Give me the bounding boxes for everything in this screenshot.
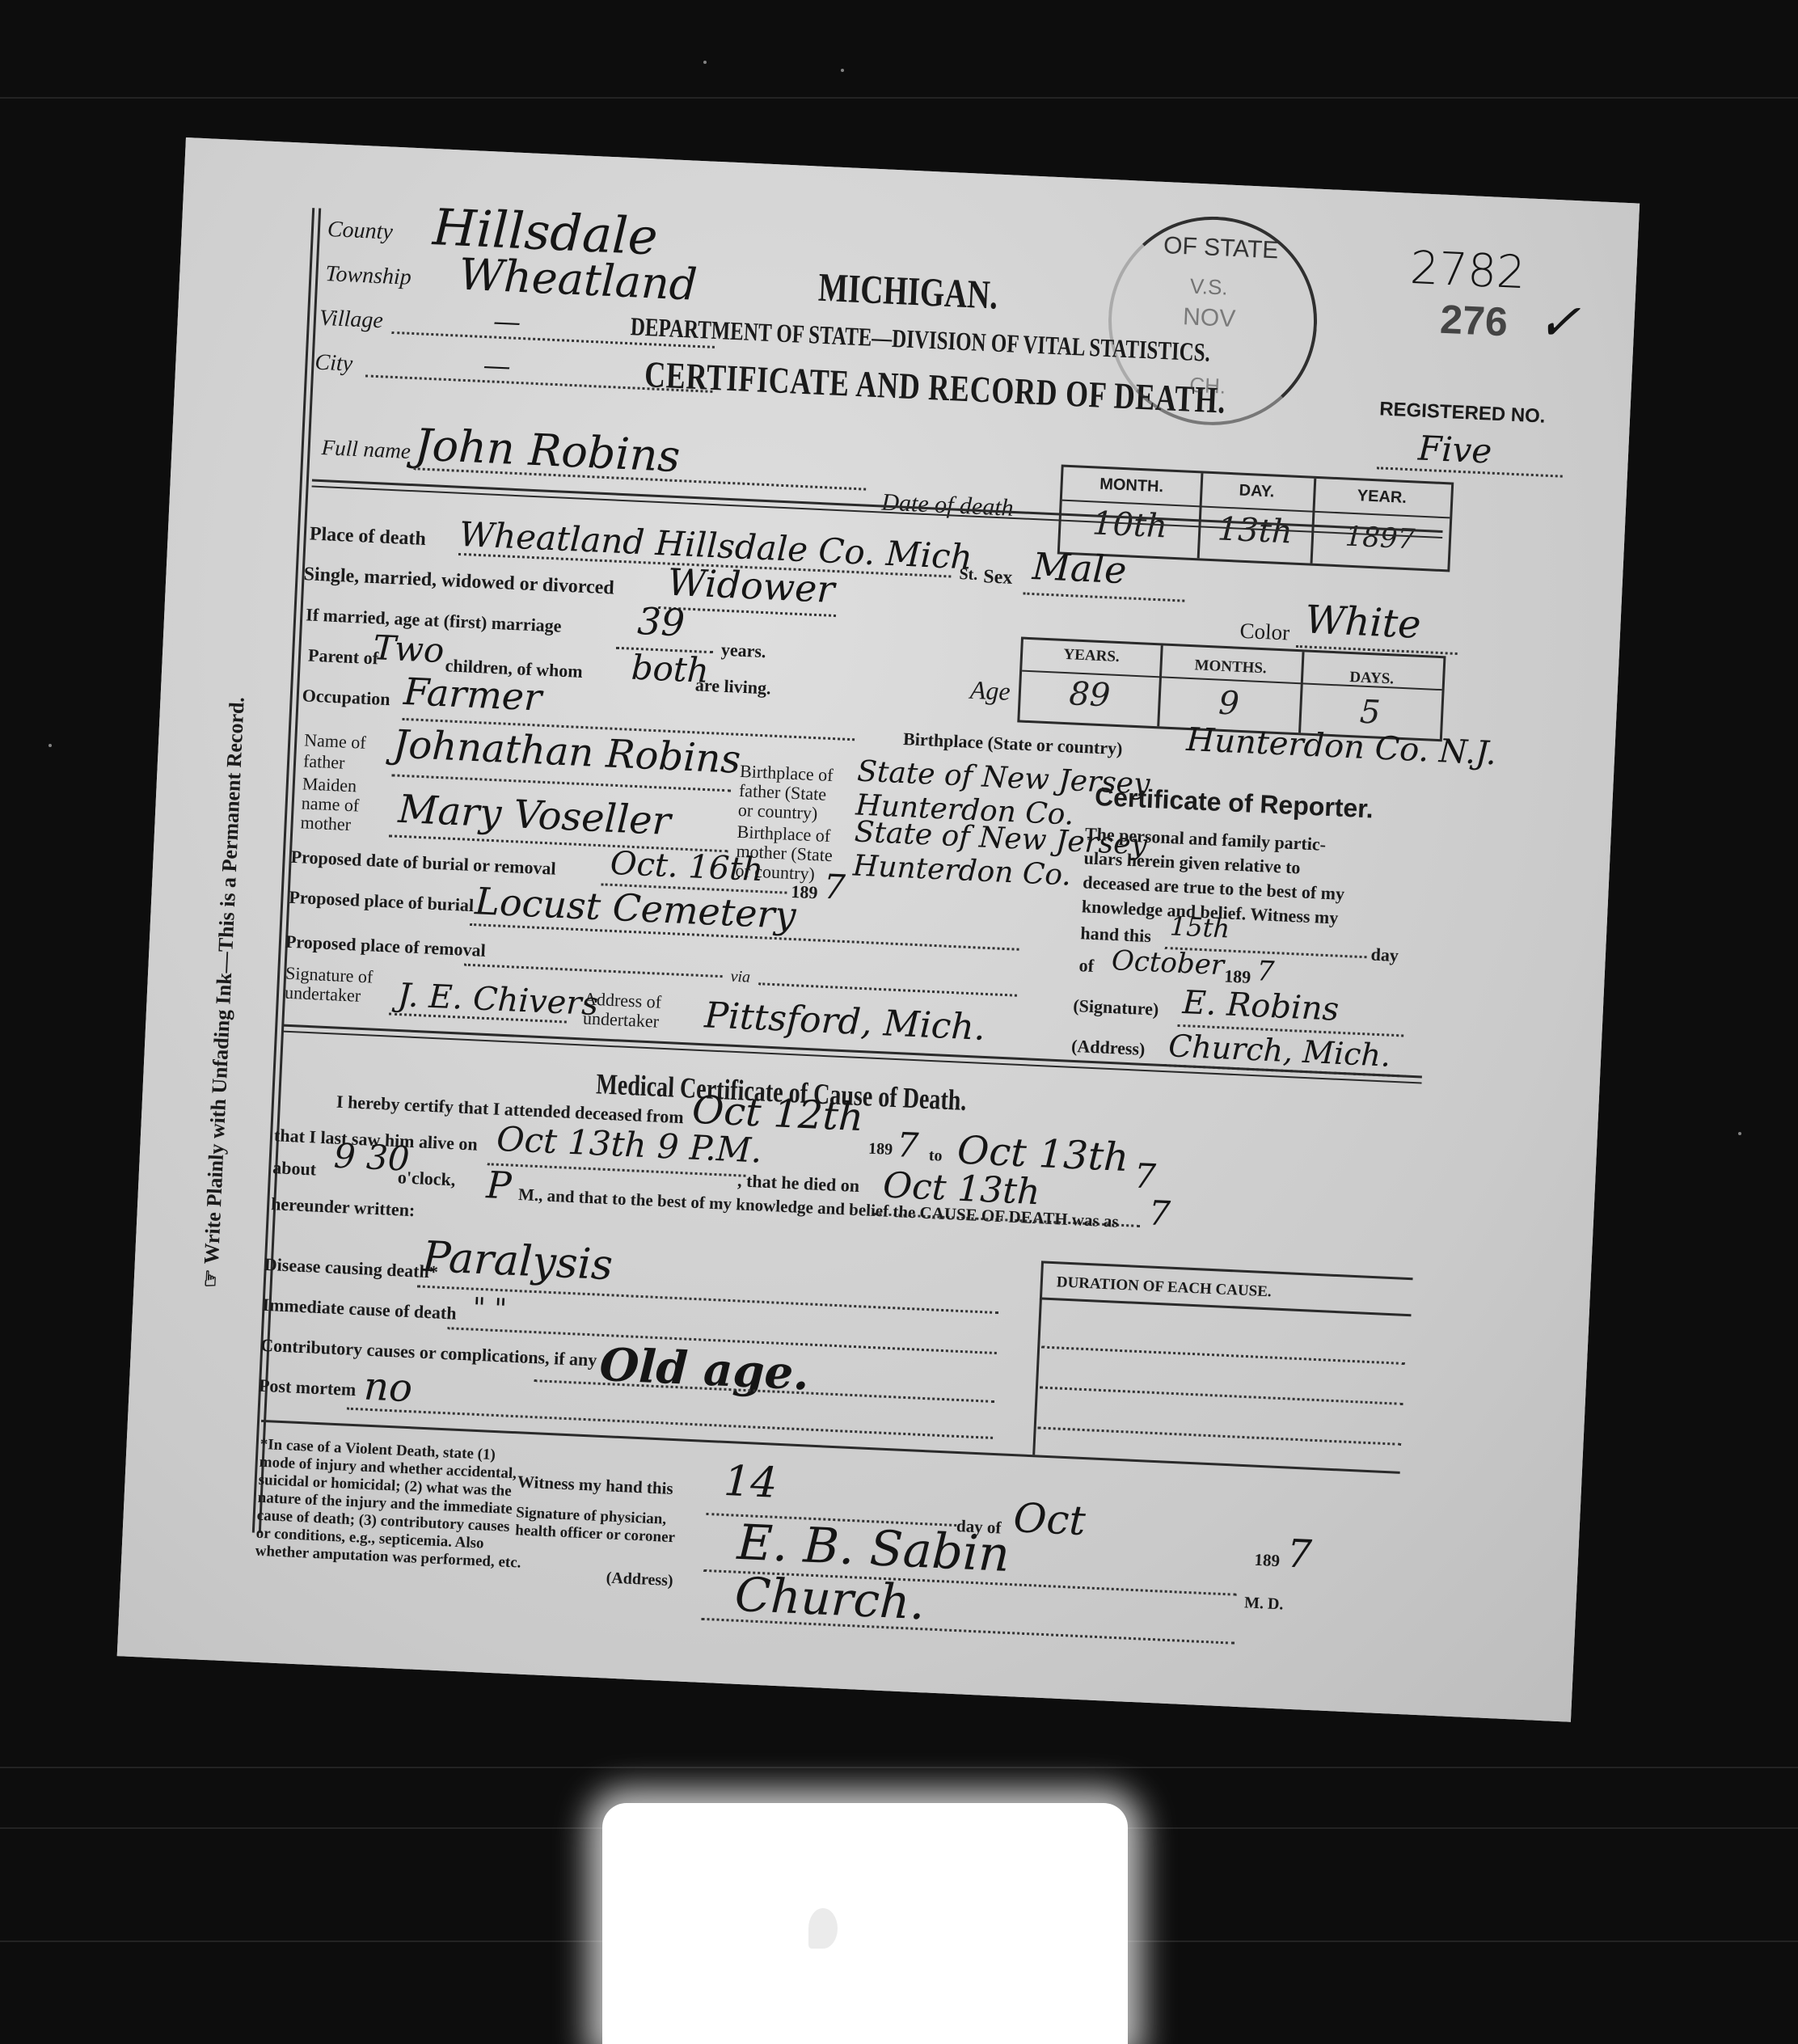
disease-label: Disease causing death* bbox=[264, 1254, 438, 1283]
birthplace-label: Birthplace (State or country) bbox=[903, 728, 1123, 759]
occupation-value: Farmer bbox=[403, 669, 542, 720]
burial-date-value: Oct. 16th bbox=[610, 845, 764, 889]
md-suffix: M. D. bbox=[1244, 1594, 1284, 1614]
color-label: Color bbox=[1239, 619, 1290, 646]
duration-line-1 bbox=[1041, 1346, 1405, 1365]
sex-label: Sex bbox=[983, 566, 1013, 589]
village-value: — bbox=[492, 305, 521, 339]
film-dust bbox=[841, 69, 844, 72]
age-label: Age bbox=[969, 675, 1011, 707]
age-months: 9 bbox=[1158, 682, 1301, 725]
film-dust bbox=[49, 744, 52, 747]
postmortem-value: no bbox=[363, 1364, 413, 1412]
immediate-label: Immediate cause of death bbox=[262, 1294, 457, 1324]
attended-year: 7 bbox=[896, 1125, 919, 1165]
file-number-handwritten: 2782 bbox=[1409, 242, 1526, 299]
mother-name-label: Maiden name of mother bbox=[300, 774, 361, 834]
state-heading: MICHIGAN. bbox=[817, 264, 998, 319]
undertaker-address-label: Address of undertaker bbox=[583, 989, 662, 1031]
physician-address-label: (Address) bbox=[606, 1569, 673, 1590]
reporter-year-prefix: 189 bbox=[1224, 965, 1251, 987]
to-word: to bbox=[928, 1147, 943, 1166]
years-word: years. bbox=[720, 640, 766, 662]
film-dust bbox=[1738, 1132, 1741, 1135]
attended-year-prefix: 189 bbox=[868, 1140, 893, 1159]
reporter-hand-this-value: 15th bbox=[1169, 910, 1230, 944]
witness-year-value: 7 bbox=[1286, 1531, 1313, 1577]
duration-header: DURATION OF EACH CAUSE. bbox=[1056, 1273, 1272, 1301]
reporter-year-suffix: 7 bbox=[1256, 955, 1275, 988]
color-value: White bbox=[1304, 597, 1422, 647]
county-label: County bbox=[327, 217, 393, 246]
burial-year-suffix: 7 bbox=[823, 867, 846, 907]
reporter-signature-value: E. Robins bbox=[1182, 984, 1340, 1028]
undertaker-address-value: Pittsford, Mich. bbox=[703, 995, 986, 1049]
city-value: — bbox=[483, 349, 512, 383]
film-scratch bbox=[0, 1767, 1798, 1768]
side-instruction: ☞ Write Plainly with Unfading Ink—This i… bbox=[199, 696, 250, 1288]
parent-of-label: Parent of bbox=[308, 645, 379, 669]
witness-year-prefix: 189 bbox=[1254, 1550, 1281, 1571]
reporter-hand-this-label: hand this bbox=[1080, 923, 1152, 947]
physician-signature-label: Signature of physician, health officer o… bbox=[515, 1504, 677, 1547]
village-label: Village bbox=[319, 306, 383, 335]
that-died-label: , that he died on bbox=[737, 1170, 860, 1197]
about-label: about bbox=[272, 1157, 317, 1180]
death-certificate: ☞ Write Plainly with Unfading Ink—This i… bbox=[117, 137, 1640, 1722]
mother-name-value: Mary Voseller bbox=[397, 787, 672, 844]
immediate-value: " " bbox=[472, 1292, 508, 1326]
duration-line-3 bbox=[1038, 1426, 1402, 1445]
duration-line-2 bbox=[1040, 1386, 1403, 1404]
attended-to-year: 7 bbox=[1133, 1156, 1157, 1197]
disease-value: Paralysis bbox=[421, 1233, 614, 1290]
full-name-value: John Robins bbox=[414, 419, 682, 482]
witness-label: Witness my hand this bbox=[517, 1472, 673, 1499]
film-glare bbox=[602, 1803, 1128, 2044]
film-mark bbox=[808, 1908, 838, 1949]
oclock-label: o'clock, bbox=[397, 1167, 456, 1190]
birthplace-value: Hunterdon Co. N.J. bbox=[1185, 721, 1496, 772]
occupation-label: Occupation bbox=[302, 685, 390, 710]
removal-place-label: Proposed place of removal bbox=[285, 931, 486, 961]
undertaker-signature-label: Signature of undertaker bbox=[285, 964, 374, 1007]
via-word: via bbox=[730, 968, 750, 987]
burial-place-label: Proposed place of burial bbox=[289, 887, 475, 916]
burial-date-label: Proposed date of burial or removal bbox=[290, 847, 556, 880]
registered-no-value: Five bbox=[1417, 429, 1492, 471]
ampm-value: P bbox=[485, 1163, 512, 1207]
township-value: Wheatland bbox=[458, 249, 699, 310]
reporter-address-label: (Address) bbox=[1071, 1036, 1146, 1060]
file-number-stamped: 276 bbox=[1439, 296, 1509, 346]
reporter-of-value: October bbox=[1111, 944, 1225, 982]
place-of-death-label: Place of death bbox=[309, 523, 426, 551]
age-years: 89 bbox=[1020, 674, 1159, 717]
reporter-of-label: of bbox=[1078, 955, 1094, 977]
reporter-day-word: day bbox=[1370, 944, 1399, 967]
marital-value: Widower bbox=[666, 560, 835, 611]
marital-label: Single, married, widowed or divorced bbox=[303, 564, 614, 599]
township-label: Township bbox=[325, 261, 412, 291]
children-count: Two bbox=[373, 627, 445, 670]
hereunder-label: hereunder written: bbox=[271, 1193, 416, 1221]
registered-no-label: REGISTERED NO. bbox=[1379, 398, 1546, 428]
children-end-label: are living. bbox=[694, 674, 771, 699]
film-scratch bbox=[0, 97, 1798, 99]
contributory-label: Contributory causes or complications, if… bbox=[260, 1335, 597, 1371]
died-year: 7 bbox=[1148, 1193, 1171, 1233]
first-marriage-value: 39 bbox=[636, 599, 686, 645]
sex-value: Male bbox=[1032, 544, 1128, 592]
full-name-label: Full name bbox=[321, 435, 412, 464]
father-birthplace-label: Birthplace of father (State or country) bbox=[737, 762, 834, 824]
film-dust bbox=[703, 61, 707, 64]
father-name-label: Name of father bbox=[303, 729, 367, 774]
witness-day-value: 14 bbox=[723, 1457, 779, 1508]
violent-death-footnote: *In case of a Violent Death, state (1) m… bbox=[255, 1436, 526, 1573]
place-st-suffix: St. bbox=[959, 565, 978, 585]
check-mark-icon: ✓ bbox=[1536, 292, 1582, 353]
city-label: City bbox=[314, 350, 353, 378]
reporter-signature-label: (Signature) bbox=[1073, 995, 1159, 1020]
postmortem-label: Post mortem bbox=[258, 1375, 356, 1400]
witness-month-value: Oct bbox=[1012, 1494, 1087, 1544]
